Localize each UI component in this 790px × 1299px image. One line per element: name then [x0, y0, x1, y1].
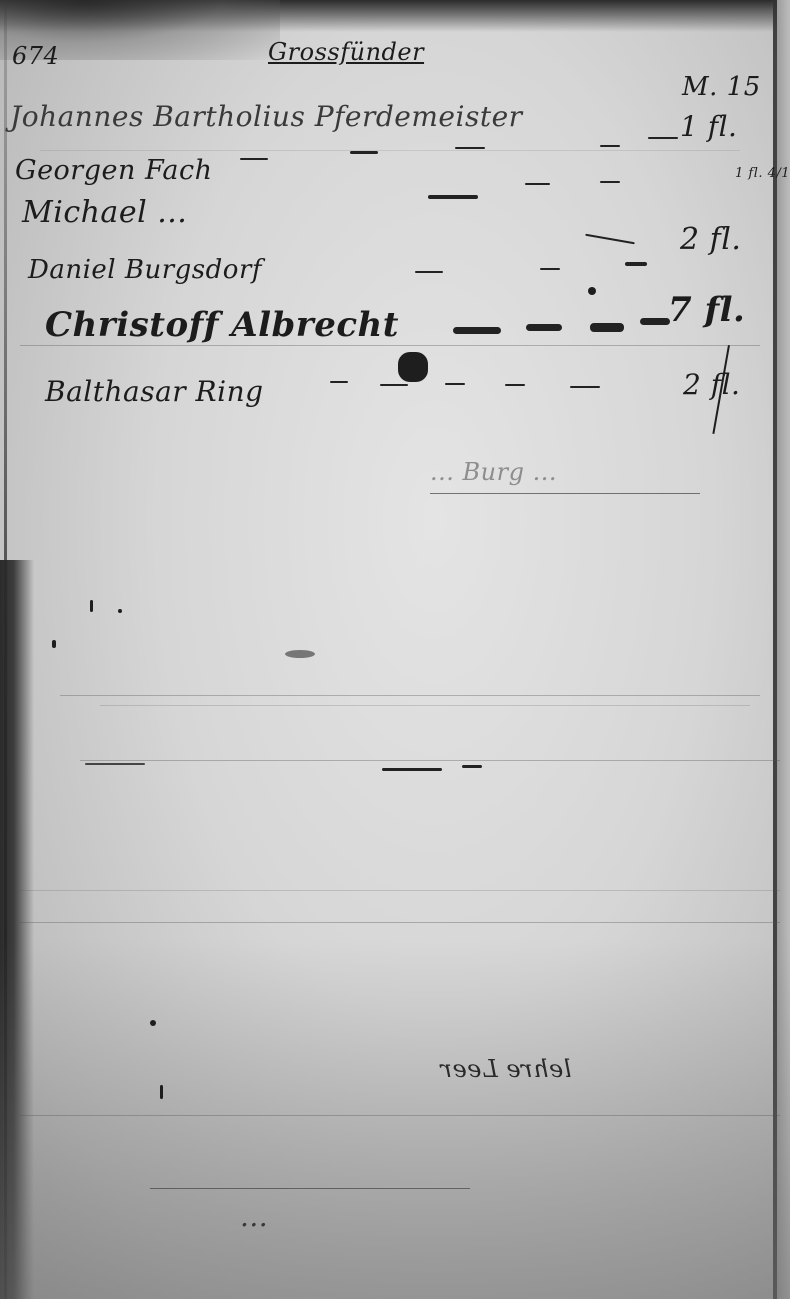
entry-amount: 2 fl. — [683, 368, 740, 401]
bottom-shade — [0, 939, 790, 1299]
mirrored-text: lehre Leer — [440, 1055, 571, 1083]
entry-amount: 1 fl. 4/1 — [735, 166, 790, 181]
entry-amount: M. 15 — [682, 72, 761, 102]
page-heading: Grossfünder — [268, 38, 424, 66]
page-number: 674 — [12, 42, 59, 70]
entry-amount: 2 fl. — [680, 222, 741, 257]
mirrored-text-content: lehre Leer — [440, 1055, 571, 1083]
entry-amount: 7 fl. — [668, 290, 745, 330]
entry-name: Johannes Bartholius Pferdemeister — [10, 100, 523, 133]
bottom-faint-marks: ... — [240, 1200, 268, 1233]
entry-name: Michael ... — [22, 195, 187, 230]
entry-name: Balthasar Ring — [45, 375, 264, 408]
entry-name: Christoff Albrecht — [45, 305, 399, 345]
entry-name: Georgen Fach — [15, 155, 212, 186]
entry-name: Daniel Burgsdorf — [28, 255, 262, 285]
bleedthrough-text: ... Burg ... — [430, 458, 557, 486]
entry-amount: 1 fl. — [680, 110, 737, 143]
manuscript-page: 674 Grossfünder Johannes Bartholius Pfer… — [0, 0, 790, 1299]
